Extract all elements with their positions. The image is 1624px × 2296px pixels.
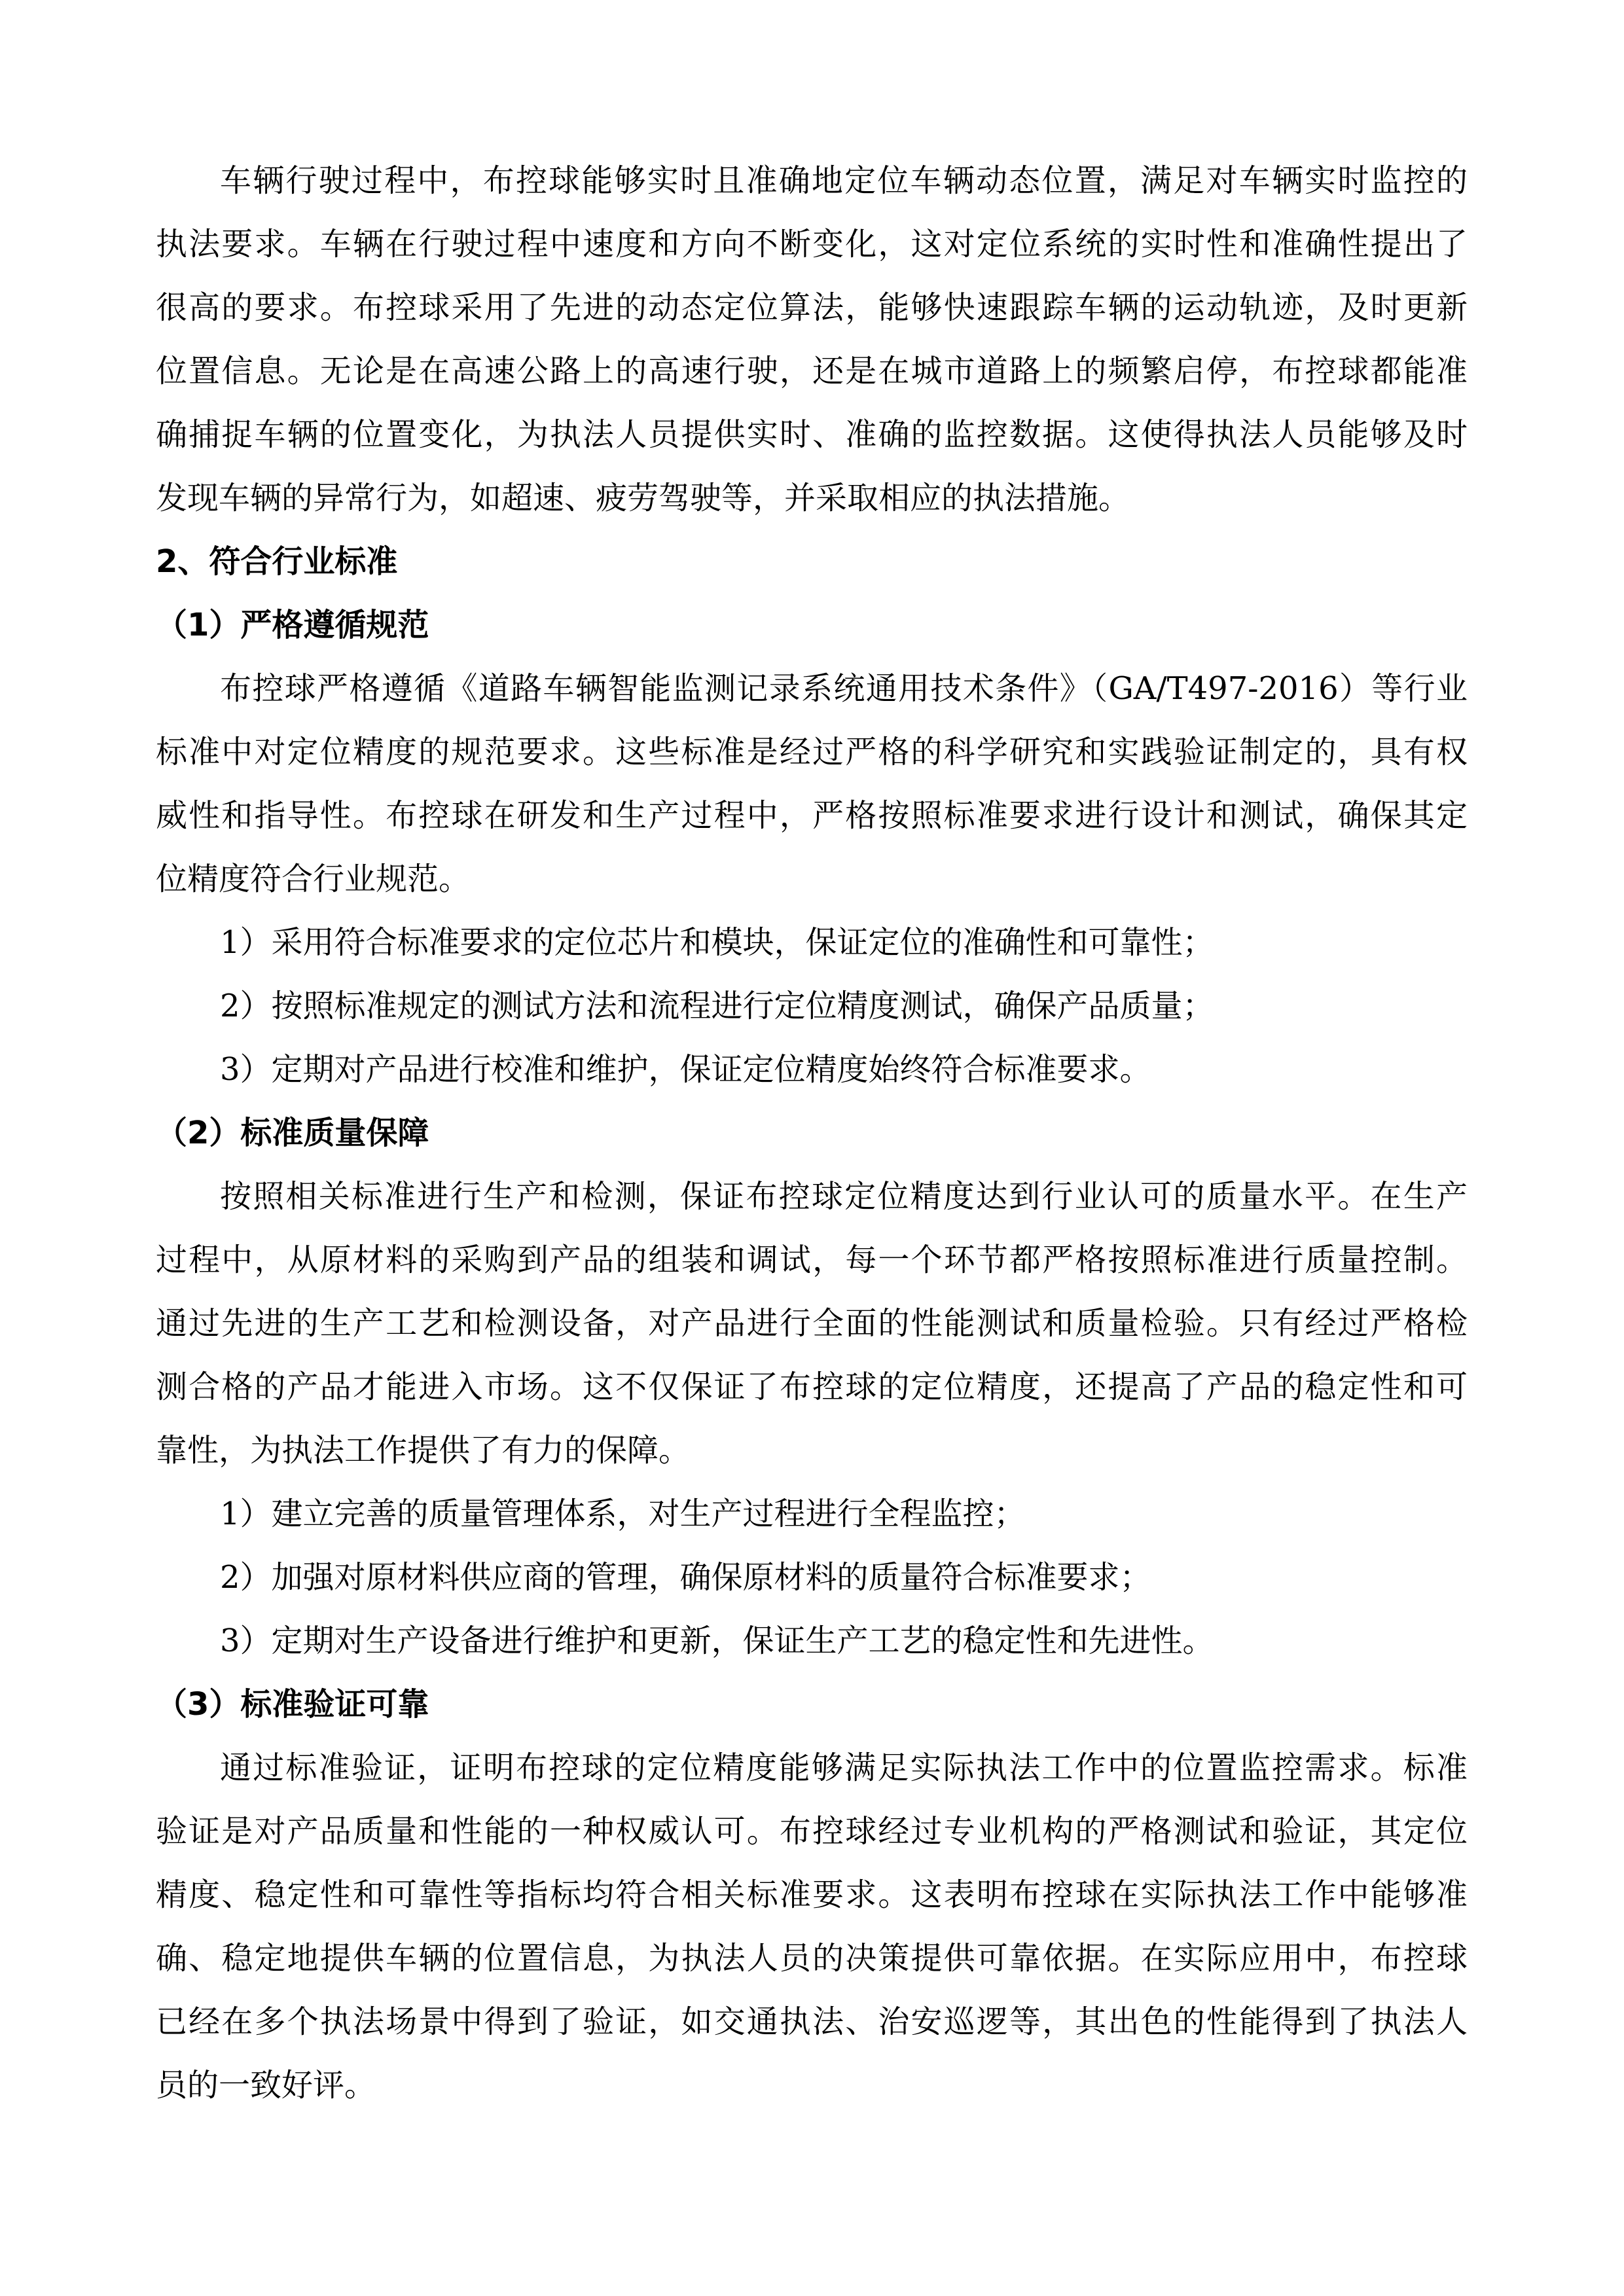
paragraph-standard-verification: 通过标准验证，证明布控球的定位精度能够满足实际执法工作中的位置监控需求。标准 验… xyxy=(156,1736,1468,2117)
paragraph-line: 按照相关标准进行生产和检测，保证布控球定位精度达到行业认可的质量水平。在生产 xyxy=(156,1165,1468,1229)
document-page: 车辆行驶过程中，布控球能够实时且准确地定位车辆动态位置，满足对车辆实时监控的 执… xyxy=(0,0,1624,2296)
paragraph-line: 精度、稳定性和可靠性等指标均符合相关标准要求。这表明布控球在实际执法工作中能够准 xyxy=(156,1863,1468,1927)
list-item: 3）定期对产品进行校准和维护，保证定位精度始终符合标准要求。 xyxy=(156,1038,1468,1102)
paragraph-line: 执法要求。车辆在行驶过程中速度和方向不断变化，这对定位系统的实时性和准确性提出了 xyxy=(156,213,1468,276)
paragraph-line: 位置信息。无论是在高速公路上的高速行驶，还是在城市道路上的频繁启停，布控球都能准 xyxy=(156,340,1468,403)
numbered-list: 1）采用符合标准要求的定位芯片和模块，保证定位的准确性和可靠性； 2）按照标准规… xyxy=(156,911,1468,1102)
paragraph-line: 已经在多个执法场景中得到了验证，如交通执法、治安巡逻等，其出色的性能得到了执法人 xyxy=(156,1990,1468,2054)
paragraph-line: 发现车辆的异常行为，如超速、疲劳驾驶等，并采取相应的执法措施。 xyxy=(156,467,1468,530)
subsection-heading: （2）标准质量保障 xyxy=(156,1102,1468,1165)
list-item: 1）采用符合标准要求的定位芯片和模块，保证定位的准确性和可靠性； xyxy=(156,911,1468,975)
paragraph-line: 标准中对定位精度的规范要求。这些标准是经过严格的科学研究和实践验证制定的，具有权 xyxy=(156,721,1468,784)
list-item: 2）加强对原材料供应商的管理，确保原材料的质量符合标准要求； xyxy=(156,1546,1468,1609)
list-item: 2）按照标准规定的测试方法和流程进行定位精度测试，确保产品质量； xyxy=(156,975,1468,1038)
paragraph-line: 过程中，从原材料的采购到产品的组装和调试，每一个环节都严格按照标准进行质量控制。 xyxy=(156,1229,1468,1292)
paragraph-line: 验证是对产品质量和性能的一种权威认可。布控球经过专业机构的严格测试和验证，其定位 xyxy=(156,1800,1468,1863)
paragraph-standards-compliance: 布控球严格遵循《道路车辆智能监测记录系统通用技术条件》（GA/T497-2016… xyxy=(156,657,1468,911)
subsection-heading: （1）严格遵循规范 xyxy=(156,594,1468,657)
paragraph-line: 确捕捉车辆的位置变化，为执法人员提供实时、准确的监控数据。这使得执法人员能够及时 xyxy=(156,403,1468,467)
text-block: 车辆行驶过程中，布控球能够实时且准确地定位车辆动态位置，满足对车辆实时监控的 执… xyxy=(156,149,1468,2117)
paragraph-line: 靠性，为执法工作提供了有力的保障。 xyxy=(156,1419,1468,1482)
paragraph-vehicle-positioning: 车辆行驶过程中，布控球能够实时且准确地定位车辆动态位置，满足对车辆实时监控的 执… xyxy=(156,149,1468,530)
paragraph-line: 车辆行驶过程中，布控球能够实时且准确地定位车辆动态位置，满足对车辆实时监控的 xyxy=(156,149,1468,213)
paragraph-line: 很高的要求。布控球采用了先进的动态定位算法，能够快速跟踪车辆的运动轨迹，及时更新 xyxy=(156,276,1468,340)
numbered-list: 1）建立完善的质量管理体系，对生产过程进行全程监控； 2）加强对原材料供应商的管… xyxy=(156,1482,1468,1673)
paragraph-line: 威性和指导性。布控球在研发和生产过程中，严格按照标准要求进行设计和测试，确保其定 xyxy=(156,784,1468,848)
paragraph-quality-assurance: 按照相关标准进行生产和检测，保证布控球定位精度达到行业认可的质量水平。在生产 过… xyxy=(156,1165,1468,1482)
list-item: 1）建立完善的质量管理体系，对生产过程进行全程监控； xyxy=(156,1482,1468,1546)
paragraph-line: 通过先进的生产工艺和检测设备，对产品进行全面的性能测试和质量检验。只有经过严格检 xyxy=(156,1292,1468,1355)
paragraph-line: 确、稳定地提供车辆的位置信息，为执法人员的决策提供可靠依据。在实际应用中，布控球 xyxy=(156,1927,1468,1990)
paragraph-line: 布控球严格遵循《道路车辆智能监测记录系统通用技术条件》（GA/T497-2016… xyxy=(156,657,1468,721)
section-heading: 2、符合行业标准 xyxy=(156,530,1468,594)
paragraph-line: 员的一致好评。 xyxy=(156,2054,1468,2117)
paragraph-line: 测合格的产品才能进入市场。这不仅保证了布控球的定位精度，还提高了产品的稳定性和可 xyxy=(156,1355,1468,1419)
paragraph-line: 位精度符合行业规范。 xyxy=(156,848,1468,911)
list-item: 3）定期对生产设备进行维护和更新，保证生产工艺的稳定性和先进性。 xyxy=(156,1609,1468,1673)
paragraph-line: 通过标准验证，证明布控球的定位精度能够满足实际执法工作中的位置监控需求。标准 xyxy=(156,1736,1468,1800)
subsection-heading: （3）标准验证可靠 xyxy=(156,1673,1468,1736)
